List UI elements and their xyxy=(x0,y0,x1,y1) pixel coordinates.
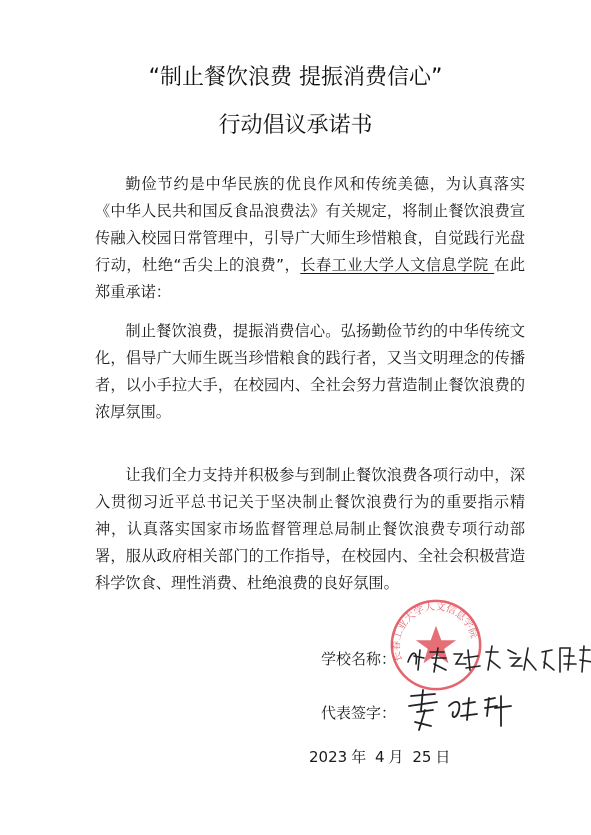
document-title: “制止餐饮浪费 提振消费信心” xyxy=(0,60,591,91)
representative-label: 代表签字： xyxy=(321,702,396,723)
school-name-label: 学校名称： xyxy=(321,648,396,669)
date-year: 2023 xyxy=(309,748,347,766)
date-month: 4 xyxy=(375,748,385,766)
paragraph-intro: 勤俭节约是中华民族的优良作风和传统美德，为认真落实《中华人民共和国反食品浪费法》… xyxy=(95,171,525,306)
date-year-unit: 年 xyxy=(351,748,366,766)
date-month-unit: 月 xyxy=(389,748,404,766)
date-day-unit: 日 xyxy=(435,748,450,766)
school-name-underlined: 长春工业大学人文信息学院 xyxy=(300,256,494,274)
paragraph-action: 让我们全力支持并积极参与到制止餐饮浪费各项行动中，深入贯彻习近平总书记关于坚决制… xyxy=(95,462,525,597)
date: 2023年 4月 25日 xyxy=(309,746,454,767)
paragraph-commitment: 制止餐饮浪费，提振消费信心。弘扬勤俭节约的中华传统文化，倡导广大师生既当珍惜粮食… xyxy=(95,318,525,426)
handwritten-signature xyxy=(405,686,525,736)
svg-text:长春工业大学人文信息学院: 长春工业大学人文信息学院 xyxy=(389,600,481,663)
handwritten-school-name xyxy=(404,640,591,680)
star-icon xyxy=(416,626,456,663)
document-subtitle: 行动倡议承诺书 xyxy=(0,108,591,139)
official-seal-icon: 长春工业大学人文信息学院 xyxy=(388,597,484,693)
seal-text: 长春工业大学人文信息学院 xyxy=(389,600,481,663)
date-day: 25 xyxy=(412,748,431,766)
